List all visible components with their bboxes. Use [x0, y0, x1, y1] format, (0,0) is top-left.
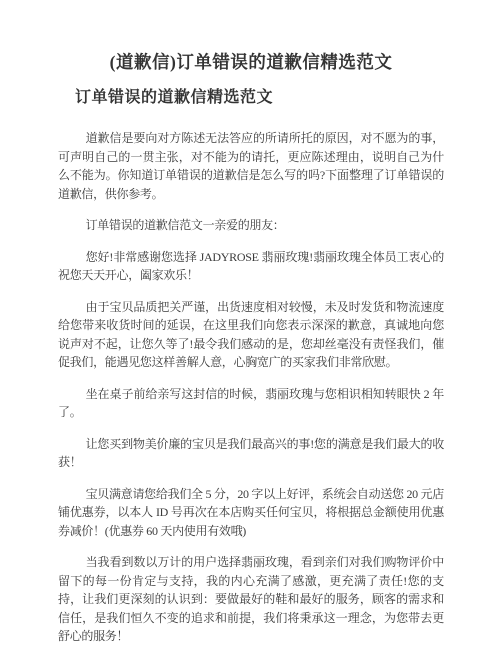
paragraph: 坐在桌子前给亲写这封信的时候，翡丽玫瑰与您相识相知转眼快 2 年了。 — [58, 385, 444, 422]
paragraph: 让您买到物美价廉的宝贝是我们最高兴的事!您的满意是我们最大的收获！ — [58, 435, 444, 472]
document-subtitle: 订单错误的道歉信精选范文 — [75, 87, 444, 108]
paragraph: 当我看到数以万计的用户选择翡丽玫瑰，看到亲们对我们购物评价中留下的每一份肯定与支… — [58, 553, 444, 646]
paragraph: 宝贝满意请您给我们全 5 分，20 字以上好评，系统会自动送您 20 元店铺优惠… — [58, 485, 444, 541]
document-title: (道歉信)订单错误的道歉信精选范文 — [58, 50, 444, 75]
paragraph: 道歉信是要向对方陈述无法答应的所请所托的原因，对不愿为的事，可声明自己的一贯主张… — [58, 129, 444, 203]
paragraph: 订单错误的道歉信范文一亲爱的朋友： — [58, 216, 444, 235]
document-body: 道歉信是要向对方陈述无法答应的所请所托的原因，对不愿为的事，可声明自己的一贯主张… — [58, 129, 444, 646]
paragraph: 由于宝贝品质把关严谨，出货速度相对较慢，未及时发货和物流速度给您带来收货时间的延… — [58, 298, 444, 372]
paragraph: 您好!非常感谢您选择 JADYROSE 翡丽玫瑰!翡丽玫瑰全体员工衷心的祝您天天… — [58, 248, 444, 285]
document-page: (道歉信)订单错误的道歉信精选范文 订单错误的道歉信精选范文 道歉信是要向对方陈… — [0, 0, 500, 647]
